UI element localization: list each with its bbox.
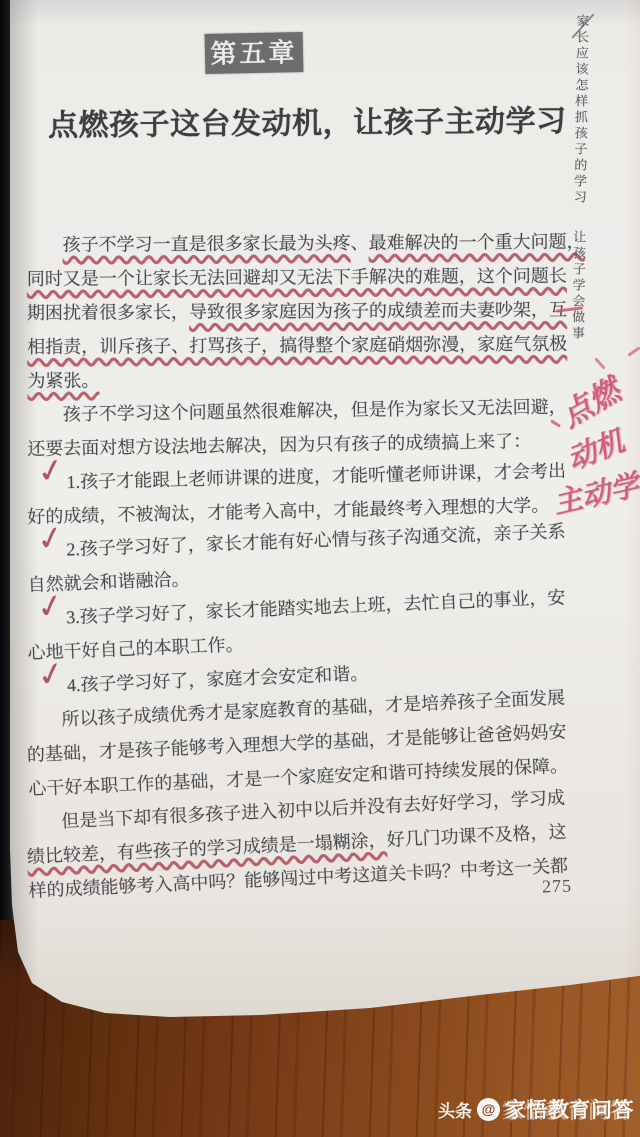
body-text: 孩子不学习一直是很多家长最为头疼、最难解决的一个重大问题，同时又是一个让家长无法… bbox=[27, 228, 583, 908]
text: 、 bbox=[351, 233, 369, 253]
underlined-text: 为紧张。 bbox=[27, 371, 99, 391]
toutiao-logo-icon: @ bbox=[477, 1098, 500, 1121]
text: 还要去面对想方设法地去解决，因为只有孩子的成绩搞上来了： bbox=[27, 431, 531, 459]
watermark: 头条 @ 家悟教育问答 bbox=[438, 1094, 634, 1124]
watermark-platform-label: 头条 bbox=[438, 1097, 472, 1122]
side-edge-text-line1: 家长应该怎样抓孩子的学习 bbox=[572, 14, 590, 206]
text: 孩子不学习这个问题虽然很难解决，但是作为家长又无法回避， bbox=[63, 397, 567, 425]
list-number: ✓2. bbox=[46, 532, 81, 567]
underlined-text: 最难解决的一个重大问题， bbox=[369, 232, 585, 253]
text: 孩子才能跟上老师讲课的进度，才能听懂老师讲课，才会考出 bbox=[80, 461, 566, 492]
underlined-text: 绩比较差，有些孩子的学习成绩是一塌糊涂， bbox=[27, 830, 388, 867]
page-number: 275 bbox=[542, 875, 573, 897]
side-edge-text-line2: 让孩子学会做事 bbox=[570, 230, 587, 342]
list-number: ✓1. bbox=[46, 465, 80, 500]
underlined-text: 相指责，训斥孩子、打骂孩子，搞得整个家庭硝烟弥漫，家庭气氛极 bbox=[27, 334, 567, 357]
underlined-text: 同时又是一个让家长无法回避却又无法下手解决的难题，这个问题长 bbox=[27, 266, 567, 289]
pen-stroke bbox=[627, 346, 640, 356]
list-number: ✓4. bbox=[46, 668, 81, 703]
photo-frame: 第五章 点燃孩子这台发动机，让孩子主动学习 孩子不学习一直是很多家长最为头疼、最… bbox=[0, 0, 640, 1137]
watermark-account-name: 家悟教育问答 bbox=[505, 1094, 634, 1124]
book-page: 第五章 点燃孩子这台发动机，让孩子主动学习 孩子不学习一直是很多家长最为头疼、最… bbox=[10, 0, 640, 1035]
underlined-text: 孩子不学习一直是很多家长最为头疼 bbox=[63, 233, 351, 255]
underlined-text: 导致很多家庭因为孩子的成绩差而夫妻吵架，互 bbox=[189, 300, 567, 322]
chapter-badge: 第五章 bbox=[205, 32, 304, 74]
text: 好几门功课不及格，这 bbox=[386, 822, 567, 850]
chapter-title: 点燃孩子这台发动机，让孩子主动学习 bbox=[48, 96, 608, 145]
side-edge-text: 家长应该怎样抓孩子的学习 让孩子学会做事 bbox=[568, 14, 592, 354]
list-number: ✓3. bbox=[46, 600, 81, 635]
paragraph: 孩子不学习一直是很多家长最为头疼、最难解决的一个重大问题，同时又是一个让家长无法… bbox=[26, 225, 583, 398]
text: 期困扰着很多家长， bbox=[27, 302, 189, 323]
